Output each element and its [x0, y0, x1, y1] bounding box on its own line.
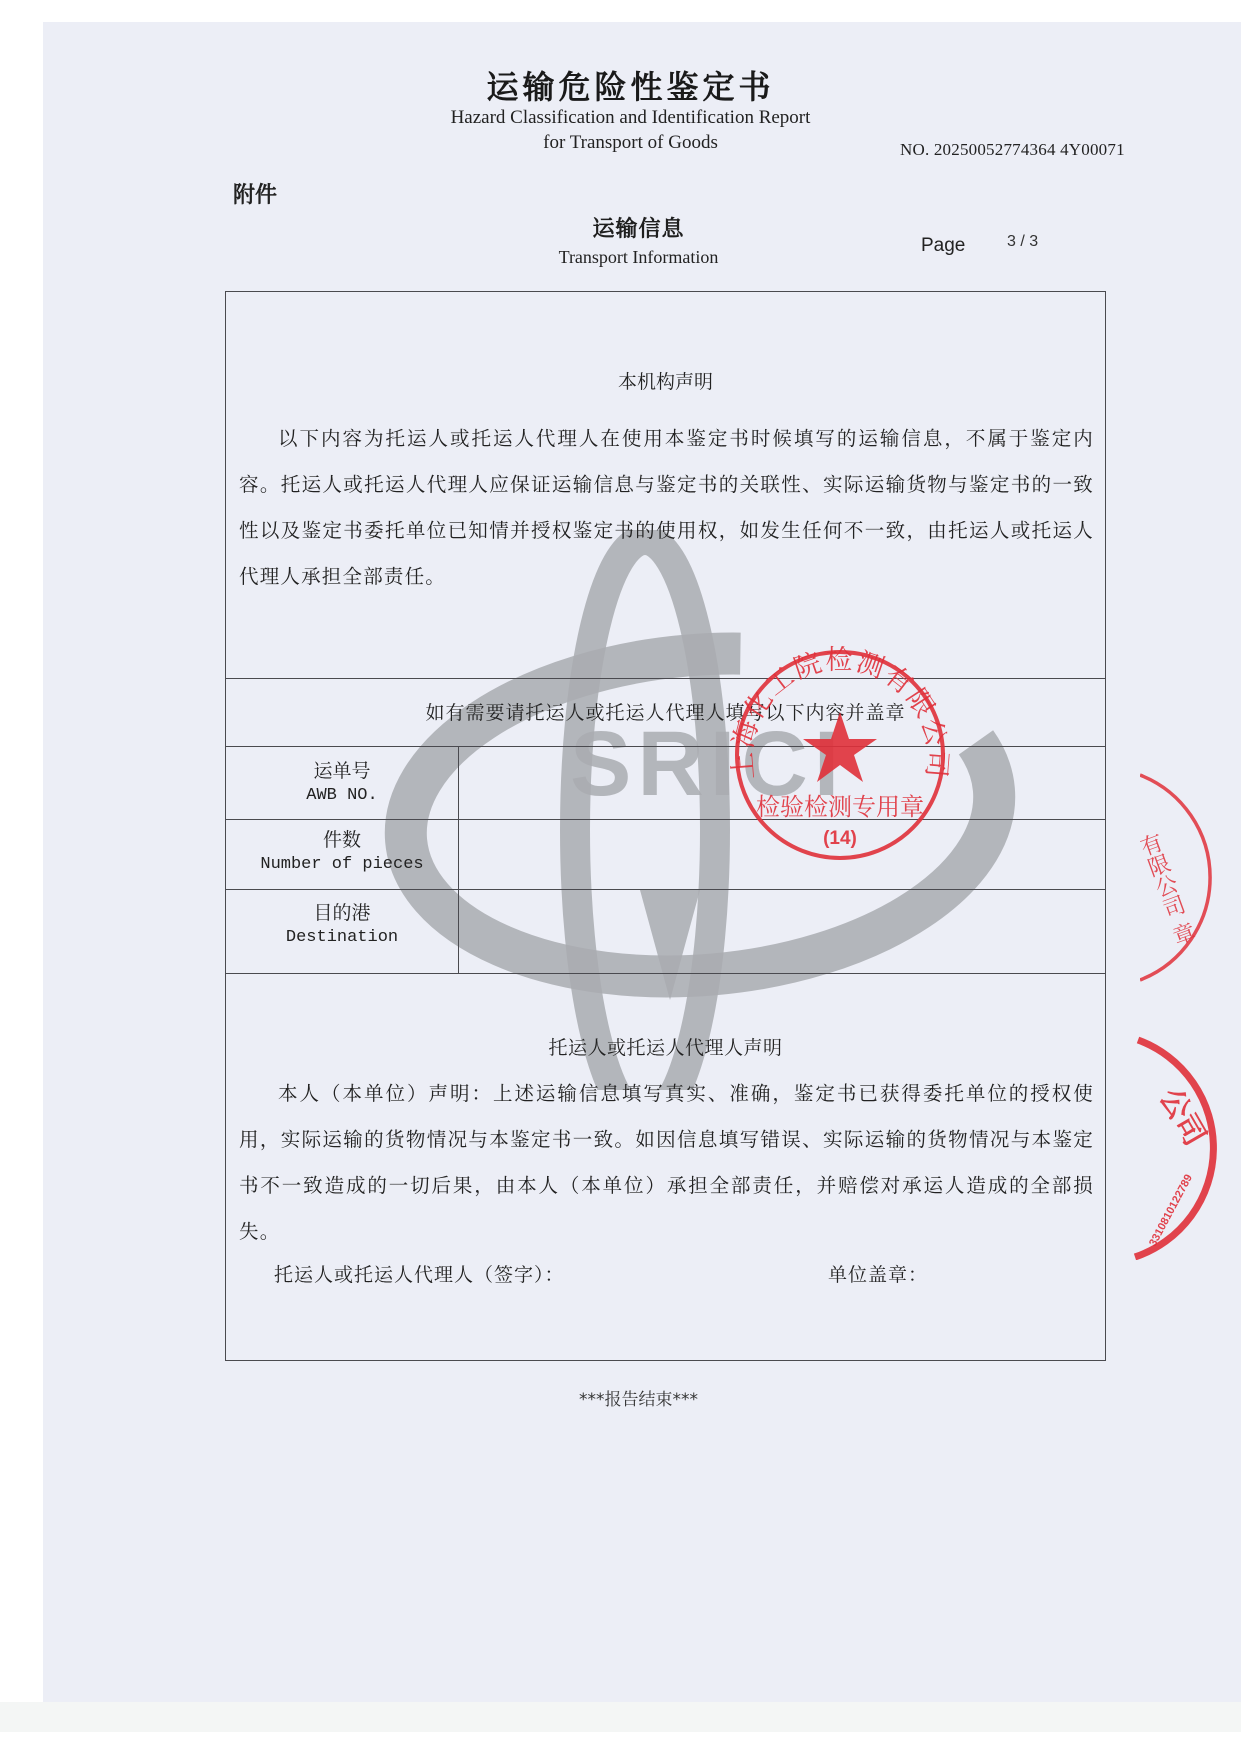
divider — [226, 746, 1105, 747]
field-label-cn: 运单号 — [226, 758, 458, 784]
company-seal-label: 单位盖章： — [828, 1260, 928, 1287]
section-title-cn: 运输信息 — [0, 212, 1241, 243]
institution-statement-title: 本机构声明 — [226, 367, 1105, 394]
shipper-statement-title: 托运人或托运人代理人声明 — [226, 1033, 1105, 1060]
divider — [226, 819, 1105, 820]
scan-bottom-strip — [0, 1702, 1241, 1732]
fill-instruction: 如有需要请托运人或托运人代理人填写以下内容并盖章 — [226, 698, 1105, 725]
company-seal-field[interactable] — [926, 1254, 1090, 1290]
page-number: 3 / 3 — [1007, 233, 1038, 251]
section-title-en: Transport Information — [0, 247, 1241, 268]
shipper-statement-body: 本人（本单位）声明：上述运输信息填写真实、准确，鉴定书已获得委托单位的授权使用，… — [239, 1071, 1094, 1255]
number-of-pieces-field[interactable] — [459, 821, 1109, 889]
field-label-en: Destination — [226, 926, 458, 950]
field-label-destination: 目的港 Destination — [226, 900, 458, 950]
document-title-cn: 运输危险性鉴定书 — [0, 62, 1241, 108]
destination-field[interactable] — [459, 891, 1109, 973]
document-title-en-line1: Hazard Classification and Identification… — [0, 107, 1241, 129]
institution-statement-body: 以下内容为托运人或托运人代理人在使用本鉴定书时候填写的运输信息，不属于鉴定内容。… — [239, 416, 1094, 600]
field-label-pieces: 件数 Number of pieces — [226, 827, 458, 877]
transport-info-table: 本机构声明 以下内容为托运人或托运人代理人在使用本鉴定书时候填写的运输信息，不属… — [225, 291, 1106, 1361]
signature-label: 托运人或托运人代理人（签字）： — [274, 1260, 565, 1287]
awb-number-field[interactable] — [459, 748, 1109, 820]
signature-field[interactable] — [566, 1254, 800, 1290]
report-end-mark: ***报告结束*** — [0, 1385, 1241, 1410]
field-label-en: AWB NO. — [226, 784, 458, 808]
field-label-en: Number of pieces — [226, 853, 458, 877]
divider — [226, 678, 1105, 679]
field-label-cn: 目的港 — [226, 900, 458, 926]
report-number: NO. 20250052774364 4Y00071 — [900, 140, 1125, 160]
divider — [226, 889, 1105, 890]
attachment-label: 附件 — [233, 178, 277, 209]
page-label: Page — [921, 235, 965, 257]
field-label-cn: 件数 — [226, 827, 458, 853]
divider — [226, 973, 1105, 974]
field-label-awb: 运单号 AWB NO. — [226, 758, 458, 808]
